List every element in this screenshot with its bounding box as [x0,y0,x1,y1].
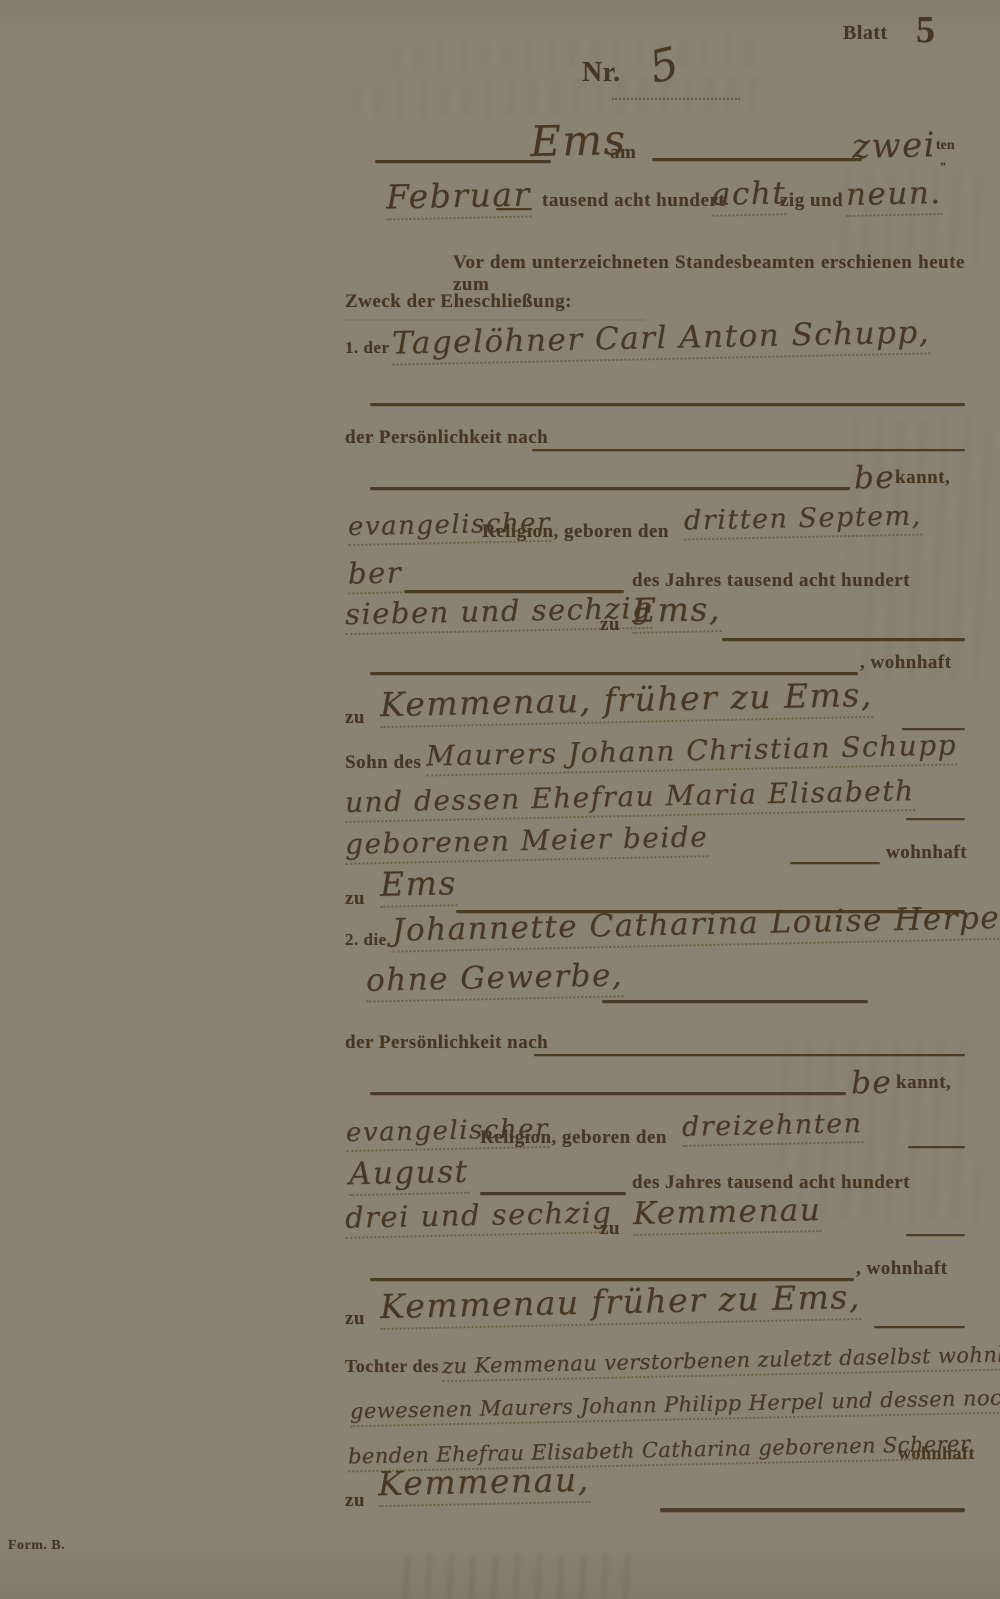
groom-residence-handwritten: Kemmenau, früher zu Ems, [380,675,874,728]
bride-wohnhaft-label: , wohnhaft [856,1258,948,1280]
groom-parent-residence-zu-label: zu [345,888,365,910]
groom-birthplace-handwritten: Ems, [632,589,722,634]
bride-father-line1-handwritten: zu Kemmenau verstorbenen zuletzt daselbs… [442,1342,1000,1383]
blank-rule [874,1326,965,1328]
bride-parent-residence-zu-label: zu [345,1490,365,1512]
groom-birthplace-zu-label: zu [600,614,620,636]
groom-known-print: kannt, [895,467,950,489]
identity-rule [534,1054,965,1056]
blatt-label: Blatt [843,22,888,45]
bride-father-line2-handwritten: gewesenen Maurers Johann Philipp Herpel … [350,1385,1000,1428]
intro-line-2: Zweck der Eheschließung: [345,291,572,313]
blank-rule [722,638,965,641]
bride-known-print: kannt, [896,1072,951,1094]
nr-value-handwritten: 5 [644,37,685,94]
groom-birth-month-handwritten: ber [348,555,403,594]
blank-rule [370,1092,846,1095]
bride-birth-day-handwritten: dreizehnten [682,1108,863,1147]
bride-parent-label: Tochter des [345,1356,439,1377]
nr-label: Nr. [582,57,621,89]
bride-year-label: des Jahres tausend acht hundert [632,1172,910,1194]
groom-name-handwritten: Tagelöhner Carl Anton Schupp, [392,314,931,365]
blank-rule [906,1234,965,1236]
groom-year-label: des Jahres tausend acht hundert [632,570,910,592]
blank-rule [660,1508,965,1512]
bride-occupation-handwritten: ohne Gewerbe, [366,957,624,1002]
groom-parent-wohnhaft-label: wohnhaft [886,842,967,864]
bride-identity-label: der Persönlichkeit nach [345,1032,548,1054]
bride-religion-print: Religion, geboren den [480,1127,667,1149]
bride-residence-handwritten: Kemmenau früher zu Ems, [380,1277,862,1330]
sheet-number: 5 [916,8,936,52]
bride-birthplace-handwritten: Kemmenau [633,1192,822,1236]
groom-wohnhaft-label: , wohnhaft [860,652,952,674]
am-label: am [610,142,636,164]
bride-parent-residence-handwritten: Kemmenau, [378,1460,590,1507]
bleedthrough-smudge [350,76,771,117]
bleedthrough-smudge [850,420,990,680]
groom-identity-label: der Persönlichkeit nach [345,427,548,449]
bride-birth-year-handwritten: drei und sechzig [345,1195,613,1239]
groom-item-label: 1. der [345,338,390,358]
blank-rule [496,208,532,210]
groom-parent-residence-handwritten: Ems [380,863,458,908]
blank-rule [906,818,965,820]
bride-residence-zu-label: zu [345,1308,365,1330]
blank-rule [602,1000,868,1003]
year-print-2: zig und [780,190,843,212]
groom-parent-label: Sohn des [345,752,421,774]
blank-rule [370,403,965,406]
form-type-label: Form. B. [8,1538,65,1554]
year-hand-2: neun. [846,175,942,217]
blank-rule [375,160,551,163]
bleedthrough-smudge [400,1555,640,1599]
identity-rule [532,449,965,451]
registry-document-page: Blatt 5 Nr. 5 Ems am zwei ten „ Februar … [0,0,1000,1599]
blank-rule [370,487,850,490]
bride-birth-month-handwritten: August [349,1154,469,1196]
intro-line-1: Vor dem unterzeichneten Standesbeamten e… [453,252,965,296]
bride-parent-wohnhaft-label: wohnhaft [898,1443,975,1464]
day-ordinal-suffix: ten „ [936,138,955,154]
bride-item-label: 2. die [345,930,387,950]
blank-rule [370,672,858,675]
day-handwritten: zwei [852,125,937,167]
groom-known-handwritten: be [854,460,896,497]
nr-dotted-line [612,98,740,100]
bride-birthplace-zu-label: zu [600,1218,620,1240]
day-suffix-text: ten [936,138,955,153]
blank-rule [908,1146,965,1148]
groom-mother-maiden-handwritten: geborenen Meier beide [345,820,709,865]
groom-mother-handwritten: und dessen Ehefrau Maria Elisabeth [345,774,915,823]
month-handwritten: Februar [386,174,532,220]
groom-religion-print: Religion, geboren den [482,521,669,543]
groom-birth-day-handwritten: dritten Septem, [684,501,922,541]
groom-father-handwritten: Maurers Johann Christian Schupp [426,728,958,776]
bleedthrough-smudge [390,37,760,71]
blank-rule [790,862,880,864]
blank-rule [652,158,862,161]
year-print-1: tausend acht hundert [542,190,725,212]
bride-name-handwritten: Johannette Catharina Louise Herpel, [392,899,1000,952]
year-hand-1: acht [712,175,787,217]
groom-residence-zu-label: zu [345,707,365,729]
day-suffix-mark: „ [940,153,946,168]
bride-known-handwritten: be [851,1065,893,1102]
